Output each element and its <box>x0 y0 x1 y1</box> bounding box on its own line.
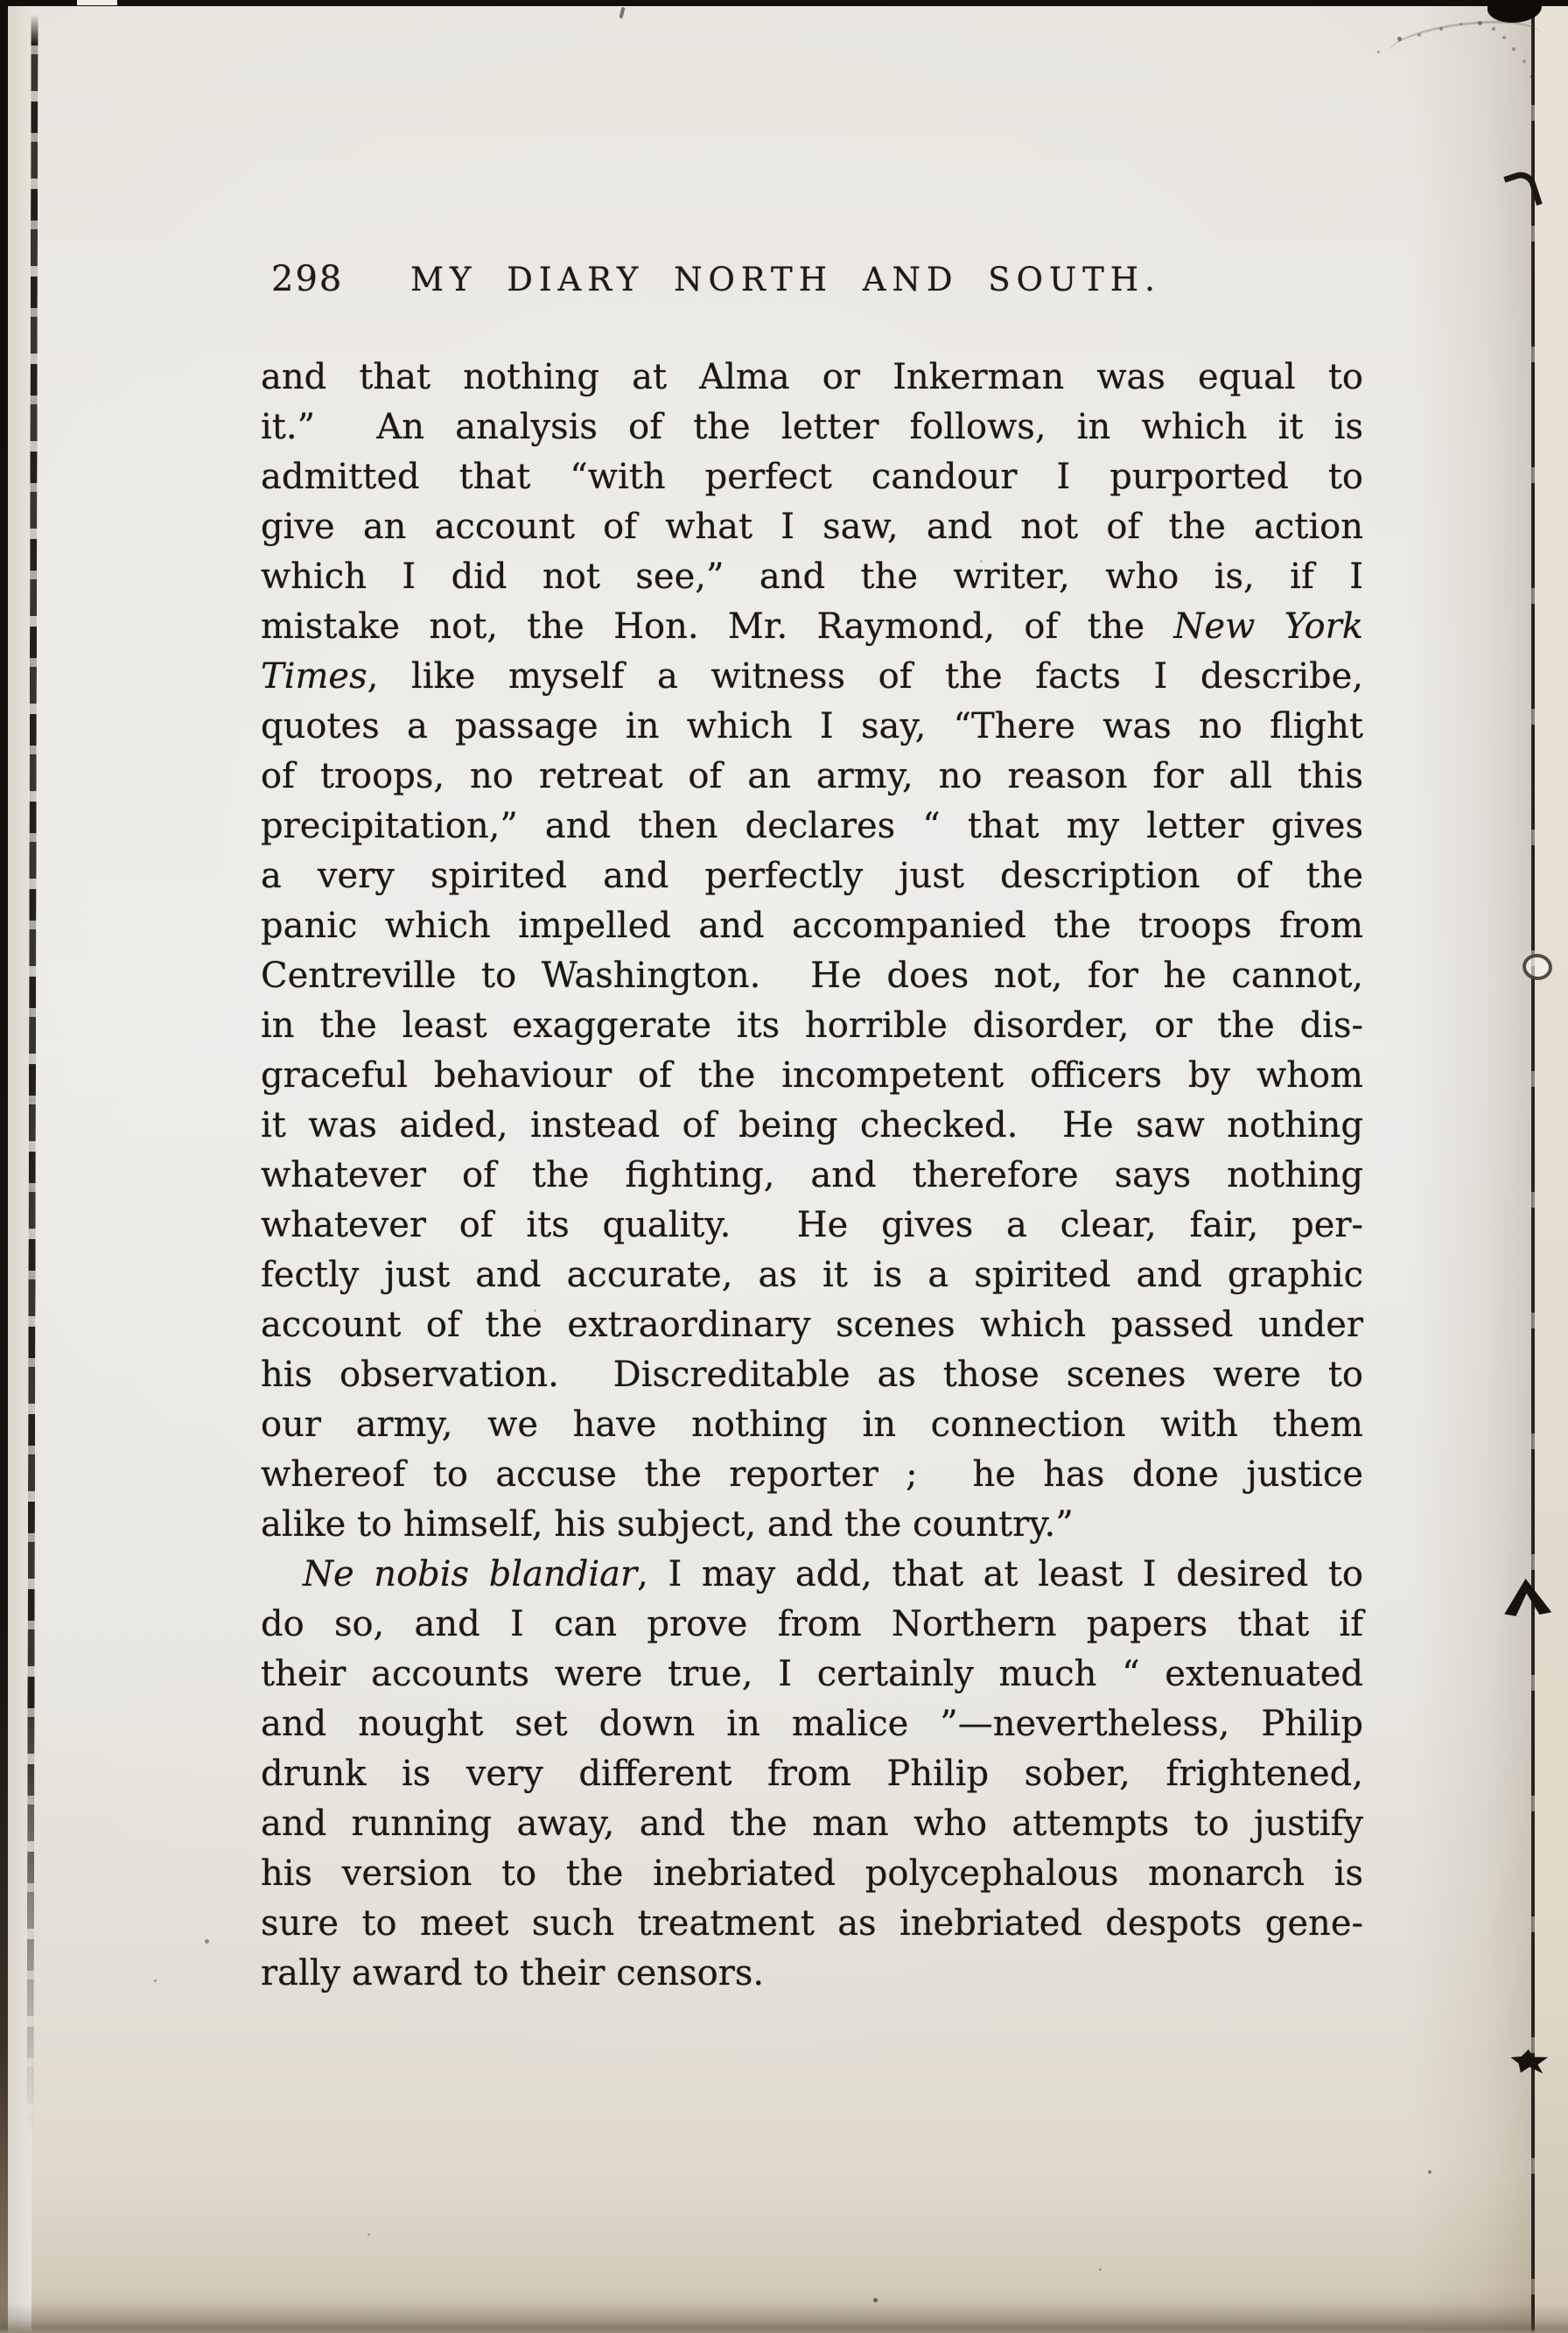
text-line: rally award to their censors. <box>261 1949 1363 1999</box>
scanned-book-page: 298 MY DIARY NORTH AND SOUTH. and that n… <box>0 0 1568 2333</box>
top-edge <box>0 0 1568 6</box>
page-header: 298 MY DIARY NORTH AND SOUTH. <box>261 257 1363 303</box>
bottom-edge-shadow <box>0 2303 1568 2333</box>
dust-speck <box>367 2233 370 2236</box>
text-line: whatever of its quality. He gives a clea… <box>261 1201 1363 1251</box>
text-line: and running away, and the man who attemp… <box>261 1799 1363 1849</box>
text-line: alike to himself, his subject, and the c… <box>261 1500 1363 1550</box>
right-page-edge <box>1531 0 1535 2333</box>
text-line: admitted that “with perfect candour I pu… <box>261 452 1363 502</box>
adjacent-page-strip <box>1535 0 1568 2333</box>
text-line: drunk is very different from Philip sobe… <box>261 1749 1363 1799</box>
dust-speck <box>1459 23 1462 25</box>
text-line: Ne nobis blandiar, I may add, that at le… <box>261 1550 1363 1600</box>
text-line: whatever of the fighting, and therefore … <box>261 1151 1363 1201</box>
text-line: of troops, no retreat of an army, no rea… <box>261 752 1363 802</box>
dust-speck <box>1417 33 1421 37</box>
text-line: which I did not see,” and the writer, wh… <box>261 552 1363 602</box>
running-title: MY DIARY NORTH AND SOUTH. <box>261 261 1311 298</box>
dust-speck <box>1478 21 1482 25</box>
text-line: precipitation,” and then declares “ that… <box>261 802 1363 851</box>
top-edge-notch <box>77 0 117 5</box>
dust-speck <box>1397 37 1402 41</box>
text-line: our army, we have nothing in connection … <box>261 1400 1363 1450</box>
left-binding-edge <box>0 0 8 2333</box>
text-line: sure to meet such treatment as inebriate… <box>261 1899 1363 1949</box>
dust-speck <box>1099 2268 1102 2271</box>
dust-speck <box>1512 47 1515 51</box>
text-line: graceful behaviour of the incompetent of… <box>261 1051 1363 1101</box>
text-line: panic which impelled and accompanied the… <box>261 901 1363 951</box>
text-line: a very spirited and perfectly just descr… <box>261 851 1363 901</box>
dust-speck <box>205 1939 209 1944</box>
text-line: his version to the inebriated polycephal… <box>261 1849 1363 1899</box>
text-line: quotes a passage in which I say, “There … <box>261 702 1363 752</box>
dust-speck <box>1439 27 1443 31</box>
text-line: his observation. Discreditable as those … <box>261 1350 1363 1400</box>
dust-speck <box>1428 2170 1431 2174</box>
text-line: fectly just and accurate, as it is a spi… <box>261 1251 1363 1300</box>
text-line: in the least exaggerate its horrible dis… <box>261 1001 1363 1051</box>
text-line: their accounts were true, I certainly mu… <box>261 1650 1363 1699</box>
dust-speck <box>873 2298 878 2302</box>
dust-speck <box>1529 75 1532 78</box>
gutter-shadow <box>1410 0 1533 2333</box>
text-line: it was aided, instead of being checked. … <box>261 1101 1363 1151</box>
text-line: account of the extraordinary scenes whic… <box>261 1300 1363 1350</box>
body-text: and that nothing at Alma or Inkerman was… <box>261 353 1363 1999</box>
dust-speck <box>1377 51 1380 53</box>
text-line: it.” An analysis of the letter follows, … <box>261 403 1363 452</box>
dust-speck <box>1522 60 1526 63</box>
dust-speck <box>154 1979 157 1982</box>
text-line: Centreville to Washington. He does not, … <box>261 951 1363 1001</box>
dust-speck <box>1502 36 1506 39</box>
text-line: Times, like myself a witness of the fact… <box>261 652 1363 702</box>
dust-speck <box>534 1309 536 1312</box>
text-line: do so, and I can prove from Northern pap… <box>261 1600 1363 1650</box>
text-line: whereof to accuse the reporter ; he has … <box>261 1450 1363 1500</box>
text-line: mistake not, the Hon. Mr. Raymond, of th… <box>261 602 1363 652</box>
text-line: and nought set down in malice ”—neverthe… <box>261 1699 1363 1749</box>
text-line: and that nothing at Alma or Inkerman was… <box>261 353 1363 403</box>
text-line: give an account of what I saw, and not o… <box>261 502 1363 552</box>
dust-speck <box>980 560 983 563</box>
dust-speck <box>1492 27 1495 31</box>
